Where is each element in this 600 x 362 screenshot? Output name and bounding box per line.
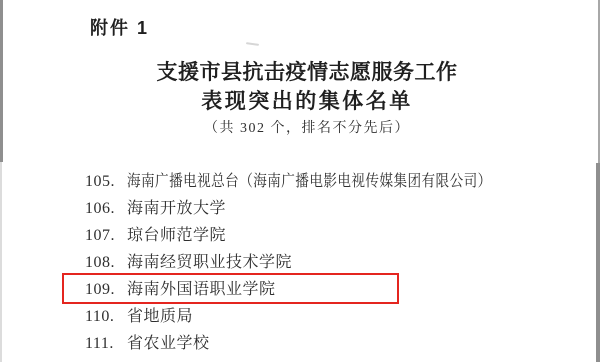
list-item-name: 海南广播电视总台（海南广播电影电视传媒集团有限公司） — [127, 168, 492, 195]
scan-smudge-artifact — [246, 42, 259, 46]
list-item-name: 海南开放大学 — [127, 195, 226, 222]
scanned-document-page: 附件 1 支援市县抗击疫情志愿服务工作 表现突出的集体名单 （共 302 个，排… — [0, 0, 600, 362]
list-item: 109. 海南外国语职业学院 — [0, 276, 600, 303]
list-item-number: 107. — [85, 222, 123, 249]
attachment-label: 附件 1 — [90, 14, 149, 40]
list-item-number: 110. — [85, 303, 123, 330]
scan-edge-left-top — [0, 0, 3, 162]
list-item: 105. 海南广播电视总台（海南广播电影电视传媒集团有限公司） — [0, 168, 600, 195]
list-item-number: 105. — [85, 168, 123, 195]
list-item: 108. 海南经贸职业技术学院 — [0, 249, 600, 276]
list-item-name: 省农业学校 — [127, 330, 210, 357]
list-item-number: 111. — [85, 330, 123, 357]
list-item-name: 海南外国语职业学院 — [127, 276, 276, 303]
collective-list: 105. 海南广播电视总台（海南广播电影电视传媒集团有限公司） 106. 海南开… — [0, 168, 600, 357]
list-item-name: 海南经贸职业技术学院 — [127, 249, 292, 276]
list-item-name: 省地质局 — [127, 303, 193, 330]
list-item: 111. 省农业学校 — [0, 330, 600, 357]
list-item: 110. 省地质局 — [0, 303, 600, 330]
list-item-number: 106. — [85, 195, 123, 222]
list-item: 106. 海南开放大学 — [0, 195, 600, 222]
document-title: 支援市县抗击疫情志愿服务工作 表现突出的集体名单 — [14, 58, 600, 116]
title-line-2: 表现突出的集体名单 — [14, 87, 600, 116]
title-line-1: 支援市县抗击疫情志愿服务工作 — [14, 58, 600, 87]
list-item-name: 琼台师范学院 — [127, 222, 226, 249]
list-item-number: 108. — [85, 249, 123, 276]
list-item-number: 109. — [85, 276, 123, 303]
subtitle-count-note: （共 302 个，排名不分先后） — [14, 117, 600, 137]
list-item: 107. 琼台师范学院 — [0, 222, 600, 249]
